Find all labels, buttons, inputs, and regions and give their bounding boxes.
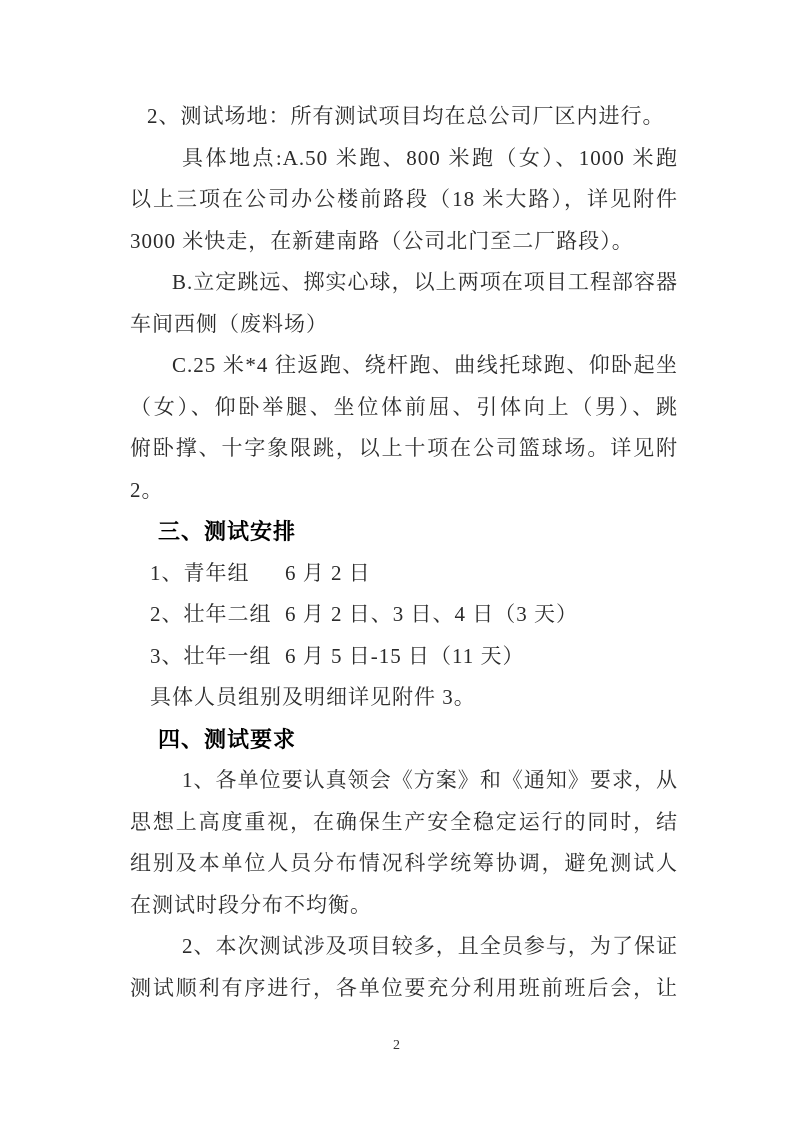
requirements-paragraph-line: 1、各单位要认真领会《方案》和《通知》要求，从 xyxy=(130,760,678,802)
requirements-paragraph-line: 2、本次测试涉及项目较多，且全员参与，为了保证 xyxy=(130,926,678,968)
schedule-date: 6 月 5 日-15 日（11 天） xyxy=(285,644,524,668)
requirements-paragraph-line: 在测试时段分布不均衡。 xyxy=(130,885,678,927)
heading-test-requirements: 四、测试要求 xyxy=(130,719,678,761)
venues-paragraph-line: B.立定跳远、掷实心球，以上两项在项目工程部容器 xyxy=(130,262,678,304)
schedule-group-label: 3、壮年一组 xyxy=(150,636,285,678)
schedule-row: 3、壮年一组6 月 5 日-15 日（11 天） xyxy=(130,636,678,678)
page-content: 2、测试场地：所有测试项目均在总公司厂区内进行。 具体地点:A.50 米跑、80… xyxy=(130,96,678,1009)
heading-test-schedule: 三、测试安排 xyxy=(130,511,678,553)
schedule-group-label: 1、青年组 xyxy=(150,553,285,595)
venues-paragraph-line: 俯卧撑、十字象限跳，以上十项在公司篮球场。详见附件 xyxy=(130,428,678,470)
venues-paragraph-line: 3000 米快走，在新建南路（公司北门至二厂路段）。 xyxy=(130,221,678,263)
venues-paragraph-line: 具体地点:A.50 米跑、800 米跑（女）、1000 米跑（男）， xyxy=(130,138,678,180)
venues-paragraph-line: C.25 米*4 往返跑、绕杆跑、曲线托球跑、仰卧起坐 xyxy=(130,345,678,387)
venues-paragraph-line: 2。 xyxy=(130,470,678,512)
requirements-paragraph-line: 思想上高度重视，在确保生产安全稳定运行的同时，结合 xyxy=(130,802,678,844)
page-number: 2 xyxy=(0,1036,793,1056)
requirements-paragraph-line: 组别及本单位人员分布情况科学统筹协调，避免测试人员 xyxy=(130,843,678,885)
venues-paragraph-line: 车间西侧（废料场） xyxy=(130,304,678,346)
venues-paragraph-line: （女）、仰卧举腿、坐位体前屈、引体向上（男）、跳绳、 xyxy=(130,387,678,429)
schedule-group-label: 2、壮年二组 xyxy=(150,594,285,636)
schedule-note: 具体人员组别及明细详见附件 3。 xyxy=(130,677,678,719)
venues-paragraph-line: 2、测试场地：所有测试项目均在总公司厂区内进行。 xyxy=(130,96,678,138)
document-page: 2、测试场地：所有测试项目均在总公司厂区内进行。 具体地点:A.50 米跑、80… xyxy=(0,0,793,1122)
venues-paragraph-line: 以上三项在公司办公楼前路段（18 米大路），详见附件 1。 xyxy=(130,179,678,221)
schedule-date: 6 月 2 日、3 日、4 日（3 天） xyxy=(285,602,578,626)
schedule-date: 6 月 2 日 xyxy=(285,561,371,585)
schedule-row: 2、壮年二组6 月 2 日、3 日、4 日（3 天） xyxy=(130,594,678,636)
schedule-row: 1、青年组6 月 2 日 xyxy=(130,553,678,595)
requirements-paragraph-line: 测试顺利有序进行，各单位要充分利用班前班后会，让每 xyxy=(130,968,678,1010)
